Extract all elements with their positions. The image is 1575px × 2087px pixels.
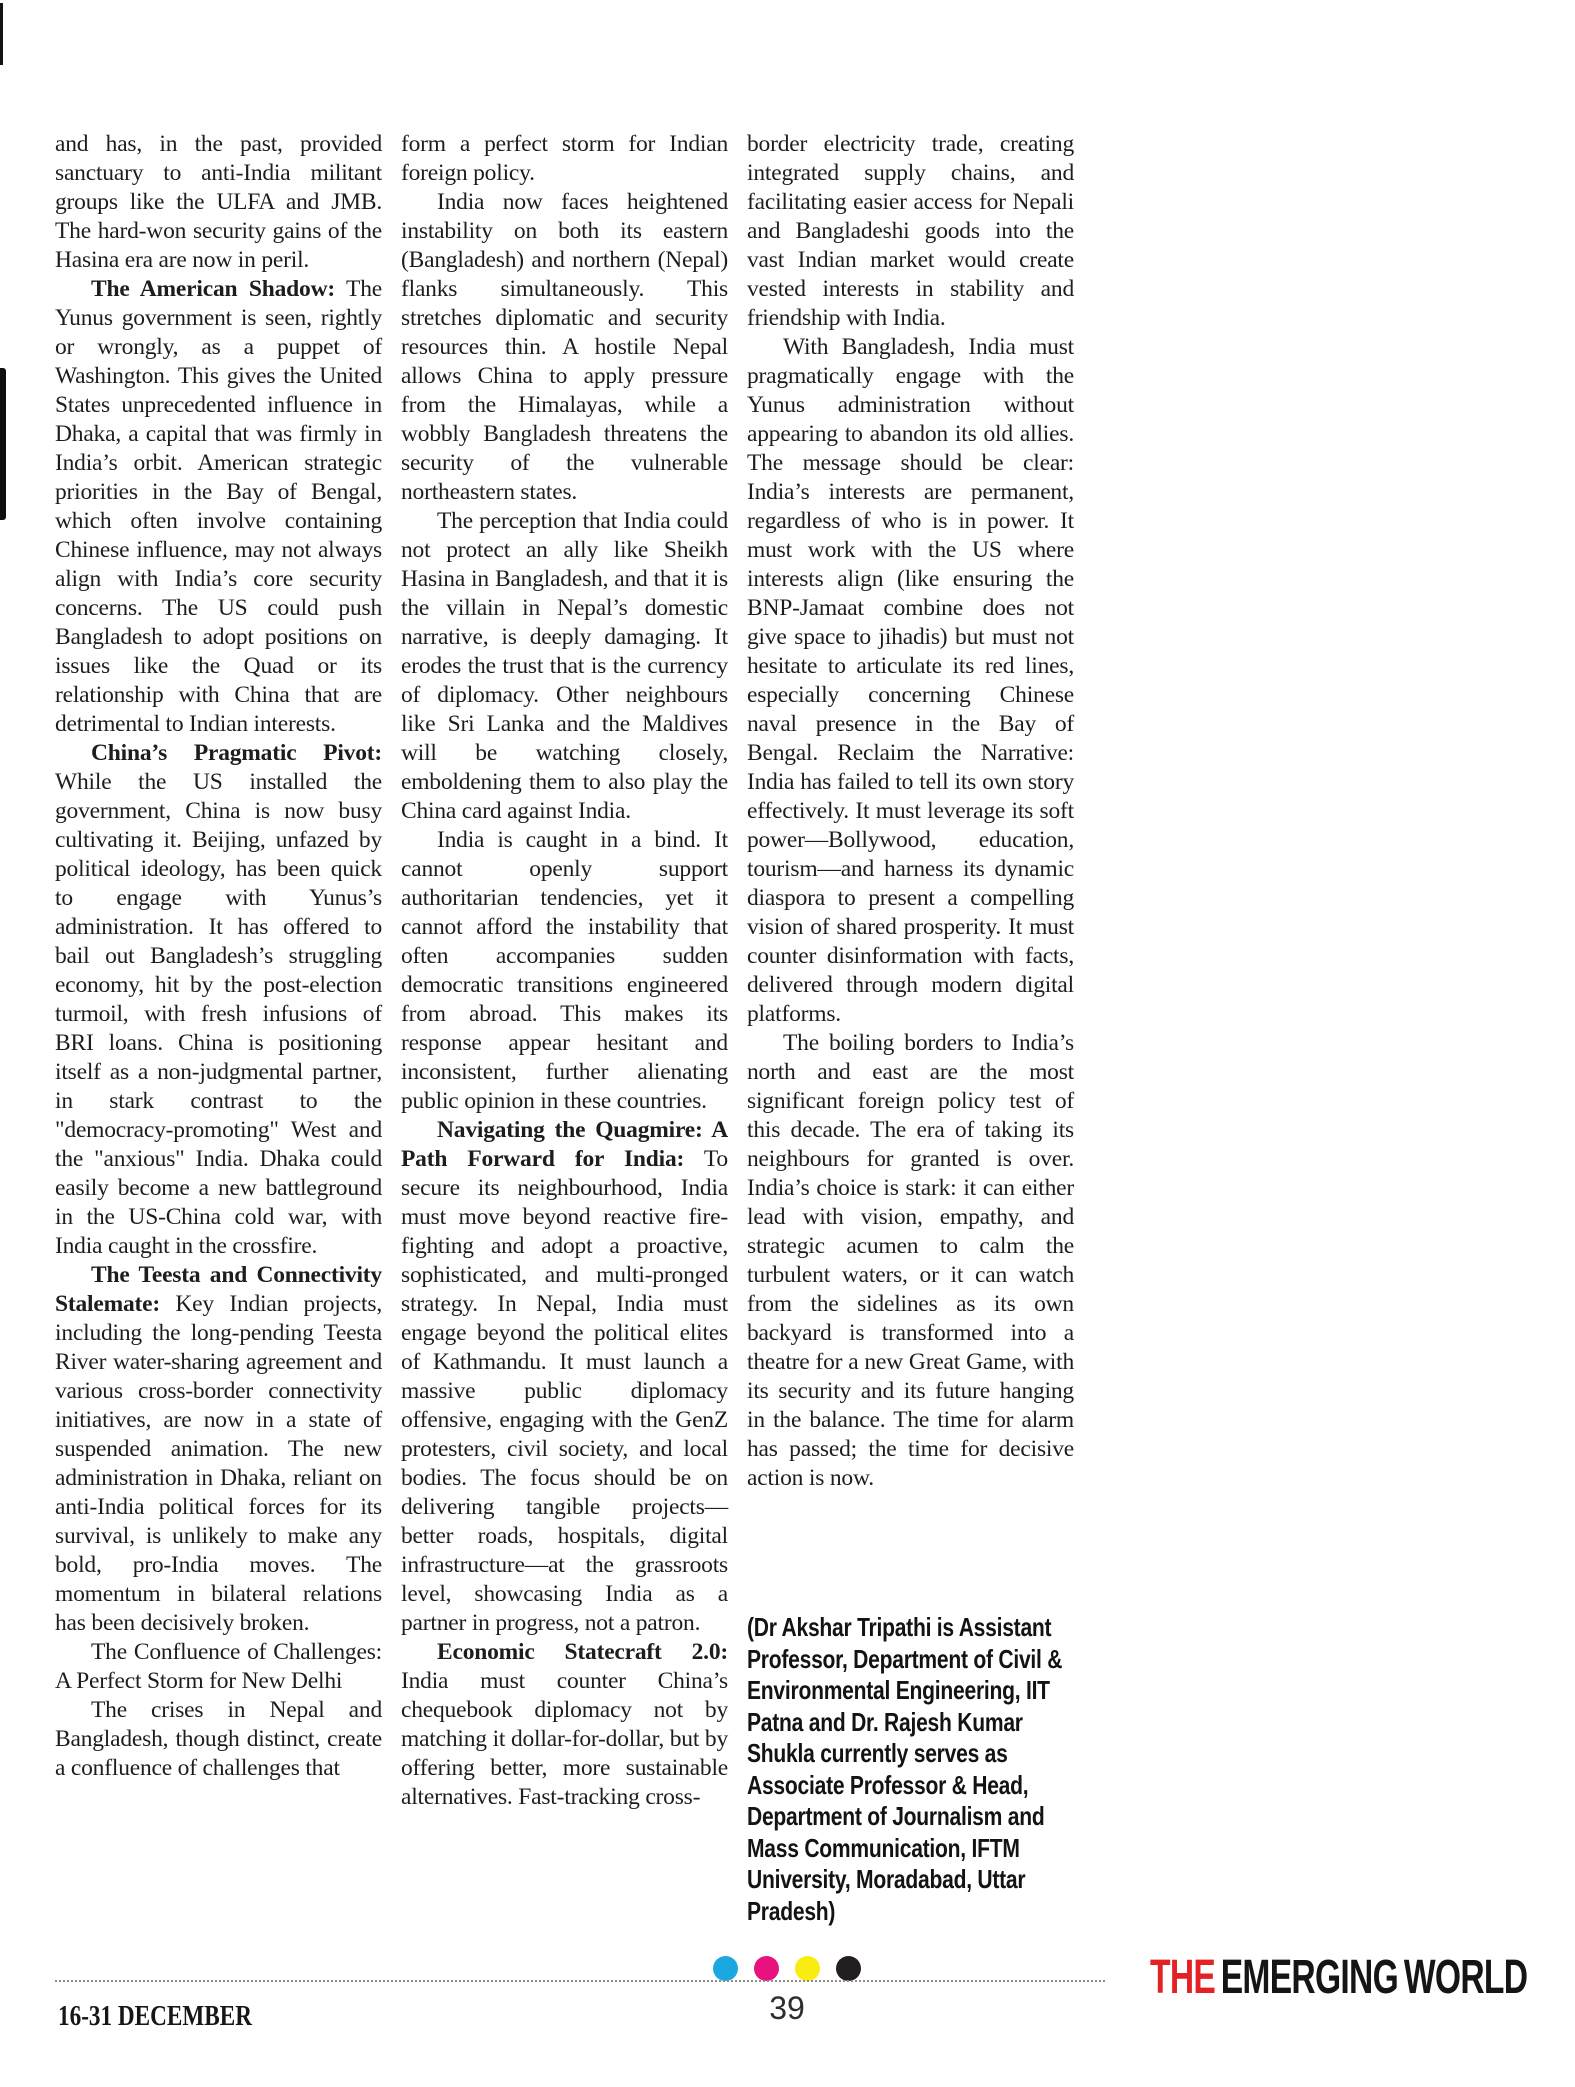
- article-column-2: form a perfect storm for Indian foreign …: [401, 130, 728, 1812]
- paragraph: The perception that India could not prot…: [401, 507, 728, 826]
- paragraph-text: With Bangladesh, India must pragmaticall…: [747, 334, 1074, 1027]
- paragraph-text: The crises in Nepal and Bangladesh, thou…: [55, 1697, 382, 1781]
- registration-dot-yellow: [795, 1956, 820, 1981]
- page-number: 39: [737, 1992, 837, 2024]
- scan-artifact-top-left: [0, 3, 3, 65]
- paragraph-text: India must counter China’s chequebook di…: [401, 1668, 728, 1810]
- paragraph-lead: Navigating the Quagmire: A Path Forward …: [401, 1117, 728, 1172]
- author-bio-block: (Dr Akshar Tripathi is Assistant Profess…: [747, 1612, 1081, 1927]
- paragraph-text: The Yunus government is seen, rightly or…: [55, 276, 382, 737]
- magazine-page: and has, in the past, provided sanctuary…: [0, 0, 1575, 2087]
- paragraph-text: While the US installed the government, C…: [55, 769, 382, 1259]
- paragraph: Navigating the Quagmire: A Path Forward …: [401, 1116, 728, 1638]
- footer-rule: [55, 1980, 1105, 1982]
- paragraph-text: India now faces heightened instability o…: [401, 189, 728, 505]
- scan-artifact-left-edge: [0, 368, 6, 520]
- paragraph-text: border electricity trade, creating integ…: [747, 131, 1074, 331]
- paragraph-lead: The American Shadow:: [91, 276, 335, 302]
- paragraph: The American Shadow: The Yunus governmen…: [55, 275, 382, 739]
- registration-dot-cyan: [713, 1956, 738, 1981]
- article-column-1: and has, in the past, provided sanctuary…: [55, 130, 382, 1783]
- paragraph-text: Key Indian projects, including the long-…: [55, 1291, 382, 1636]
- article-column-3: border electricity trade, creating integ…: [747, 130, 1074, 1493]
- paragraph-text: India is caught in a bind. It cannot ope…: [401, 827, 728, 1114]
- paragraph: and has, in the past, provided sanctuary…: [55, 130, 382, 275]
- paragraph: The crises in Nepal and Bangladesh, thou…: [55, 1696, 382, 1783]
- author-bio: (Dr Akshar Tripathi is Assistant Profess…: [747, 1612, 1081, 1927]
- paragraph: China’s Pragmatic Pivot: While the US in…: [55, 739, 382, 1261]
- paragraph-lead: China’s Pragmatic Pivot:: [91, 740, 382, 766]
- paragraph-text: To secure its neighbourhood, India must …: [401, 1146, 728, 1636]
- brand-logo-emerging-world: EMERGING WORLD: [1221, 1951, 1528, 2004]
- paragraph-text: The Confluence of Challenges: A Perfect …: [55, 1639, 382, 1694]
- paragraph: India is caught in a bind. It cannot ope…: [401, 826, 728, 1116]
- paragraph: The Confluence of Challenges: A Perfect …: [55, 1638, 382, 1696]
- registration-dot-black: [836, 1956, 861, 1981]
- paragraph-text: The perception that India could not prot…: [401, 508, 728, 824]
- paragraph: border electricity trade, creating integ…: [747, 130, 1074, 333]
- paragraph: India now faces heightened instability o…: [401, 188, 728, 507]
- paragraph-lead: Economic Statecraft 2.0:: [437, 1639, 728, 1665]
- paragraph: The Teesta and Connectivity Stalemate: K…: [55, 1261, 382, 1638]
- paragraph: form a perfect storm for Indian foreign …: [401, 130, 728, 188]
- paragraph: With Bangladesh, India must pragmaticall…: [747, 333, 1074, 1029]
- brand-logo: THEEMERGING WORLD: [1150, 1954, 1527, 2002]
- paragraph: The boiling borders to India’s north and…: [747, 1029, 1074, 1493]
- brand-logo-the: THE: [1150, 1951, 1215, 2004]
- paragraph-text: and has, in the past, provided sanctuary…: [55, 131, 382, 273]
- paragraph: Economic Statecraft 2.0: India must coun…: [401, 1638, 728, 1812]
- paragraph-text: form a perfect storm for Indian foreign …: [401, 131, 728, 186]
- issue-date: 16-31 DECEMBER: [58, 2002, 252, 2031]
- registration-dot-magenta: [754, 1956, 779, 1981]
- paragraph-text: The boiling borders to India’s north and…: [747, 1030, 1074, 1491]
- registration-marks: [713, 1956, 861, 1981]
